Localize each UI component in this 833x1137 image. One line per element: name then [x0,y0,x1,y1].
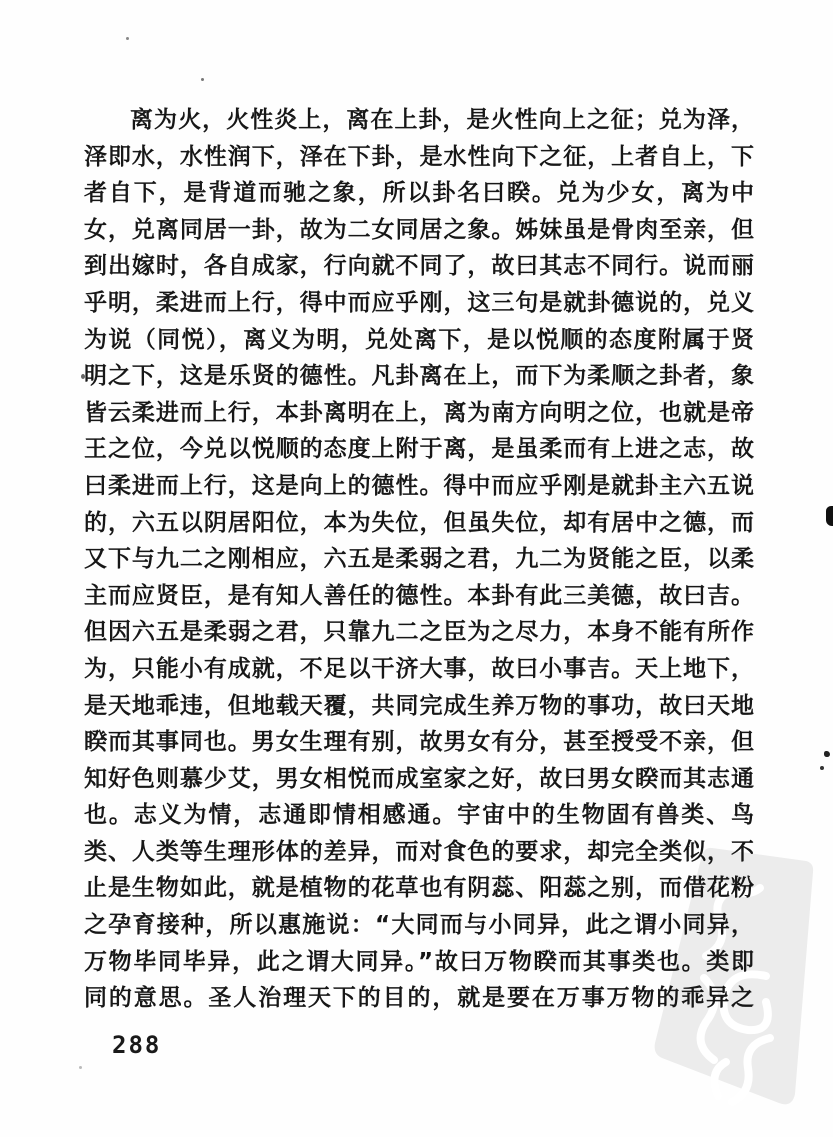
scan-speck [79,1066,82,1069]
text-line: 王之位，今兑以悦顺的态度上附于离，是虽柔而有上进之志，故 [84,431,754,468]
text-line: 万物毕同毕异，此之谓大同异。”故曰万物睽而其事类也。类即 [84,944,754,981]
text-line: 皆云柔进而上行，本卦离明在上，离为南方向明之位，也就是帝 [84,395,754,432]
scan-edge-mark [826,506,833,526]
text-line: 的，六五以阴居阳位，本为失位，但虽失位，却有居中之德，而 [84,505,754,542]
text-line: 泽即水，水性润下，泽在下卦，是水性向下之征，上者自上，下 [84,139,754,176]
text-line: 女，兑离同居一卦，故为二女同居之象。姊妹虽是骨肉至亲，但 [84,212,754,249]
text-line: 类、人类等生理形体的差异，而对食色的要求，却完全类似，不 [84,834,754,871]
text-line: 但因六五是柔弱之君，只靠九二之臣为之尽力，本身不能有所作 [84,614,754,651]
text-line: 又下与九二之刚相应，六五是柔弱之君，九二为贤能之臣，以柔 [84,541,754,578]
text-line: 离为火，火性炎上，离在上卦，是火性向上之征；兑为泽， [84,102,754,139]
text-line: 者自下，是背道而驰之象，所以卦名曰睽。兑为少女，离为中 [84,175,754,212]
text-line: 为说（同悦），离义为明，兑处离下，是以悦顺的态度附属于贤 [84,322,754,359]
text-line: 曰柔进而上行，这是向上的德性。得中而应乎刚是就卦主六五说 [84,468,754,505]
scan-edge-mark [824,751,830,757]
text-line: 也。志义为情，志通即情相感通。宇宙中的生物固有兽类、鸟 [84,797,754,834]
text-line: 主而应贤臣，是有知人善任的德性。本卦有此三美德，故曰吉。 [84,578,754,615]
text-line: 到出嫁时，各自成家，行向就不同了，故曰其志不同行。说而丽 [84,248,754,285]
text-line: 是天地乖违，但地载天覆，共同完成生养万物的事功，故曰天地 [84,688,754,725]
text-block: 离为火，火性炎上，离在上卦，是火性向上之征；兑为泽， 泽即水，水性润下，泽在下卦… [84,102,754,1017]
scan-speck [201,78,204,81]
text-line: 知好色则慕少艾，男女相悦而成室家之好，故曰男女睽而其志通 [84,761,754,798]
page-number: 288 [112,1031,161,1059]
text-line: 之孕育接种，所以惠施说：“大同而与小同异，此之谓小同异， [84,907,754,944]
text-line: 同的意思。圣人治理天下的目的，就是要在万事万物的乖异之 [84,980,754,1017]
text-line: 乎明，柔进而上行，得中而应乎刚，这三句是就卦德说的，兑义 [84,285,754,322]
text-line: 睽而其事同也。男女生理有别，故男女有分，甚至授受不亲，但 [84,724,754,761]
scan-speck [126,37,129,40]
text-line: 明之下，这是乐贤的德性。凡卦离在上，而下为柔顺之卦者，象 [84,358,754,395]
text-line: 为，只能小有成就，不足以干济大事，故曰小事吉。天上地下， [84,651,754,688]
scanned-book-page: 离为火，火性炎上，离在上卦，是火性向上之征；兑为泽， 泽即水，水性润下，泽在下卦… [0,0,833,1137]
text-line: 止是生物如此，就是植物的花草也有阴蕊、阳蕊之别，而借花粉 [84,870,754,907]
scan-edge-mark [820,766,824,770]
